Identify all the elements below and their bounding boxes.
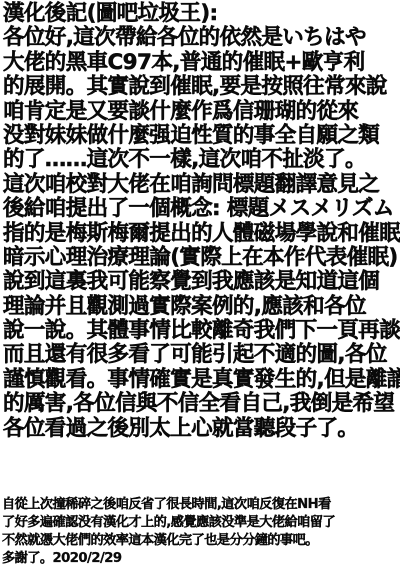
text-line: 各位看過之後別太上心就當聽段子了。 — [3, 417, 400, 441]
note-line: 了好多遍確認没有漢化才上的,感覺應該没準是大佬給咱留了 — [2, 514, 400, 532]
text-line: 的了……這次不一樣,這次咱不扯淡了。 — [3, 148, 400, 172]
text-line: 說一說。其體事情比較離奇我們下一頁再談 — [3, 319, 400, 343]
text-line: 的厲害,各位信與不信全看自己,我倒是希望 — [3, 392, 400, 416]
translator-afterword-page: 漢化後記(圖吧垃圾王): 各位好,這次帶給各位的依然是いちはや 大佬的黑車C97… — [0, 0, 400, 573]
text-line: 後給咱提出了一個概念: 標題メスメリズム — [3, 197, 400, 221]
text-line: 暗示心理治療理論(實際上在本作代表催眠) — [3, 246, 400, 270]
note-line: 不然就憑大佬們的效率這本漢化完了也是分分鐘的事吧。 — [2, 532, 400, 550]
text-line: 大佬的黑車C97本,普通的催眠+歐亨利 — [3, 51, 400, 75]
afterword-heading: 漢化後記(圖吧垃圾王): — [3, 2, 400, 26]
note-line: 自從上次撞稀碎之後咱反省了很長時間,這次咱反復在NH看 — [2, 496, 400, 514]
text-line: 的展開。其實說到催眠,要是按照往常來說 — [3, 75, 400, 99]
afterword-main-text: 漢化後記(圖吧垃圾王): 各位好,這次帶給各位的依然是いちはや 大佬的黑車C97… — [3, 2, 400, 441]
text-line: 說到這裏我可能察覺到我應該是知道這個 — [3, 270, 400, 294]
text-line: 咱肯定是又要談什麼作爲信珊瑚的從來 — [3, 100, 400, 124]
text-line: 指的是梅斯梅爾提出的人體磁場學說和催眠 — [3, 222, 400, 246]
note-signoff-date: 多謝了。2020/2/29 — [2, 550, 400, 568]
text-line: 謹慎觀看。事情確實是真實發生的,但是離譜 — [3, 368, 400, 392]
text-line: 而且還有很多看了可能引起不適的圖,各位 — [3, 343, 400, 367]
text-line: 理論并且觀測過實際案例的,應該和各位 — [3, 295, 400, 319]
afterword-footnote: 自從上次撞稀碎之後咱反省了很長時間,這次咱反復在NH看 了好多遍確認没有漢化才上… — [2, 496, 400, 568]
text-line: 没對妹妹做什麼强迫性質的事全自願之類 — [3, 124, 400, 148]
text-line: 這次咱校對大佬在咱詢問標題翻譯意見之 — [3, 173, 400, 197]
text-line: 各位好,這次帶給各位的依然是いちはや — [3, 26, 400, 50]
